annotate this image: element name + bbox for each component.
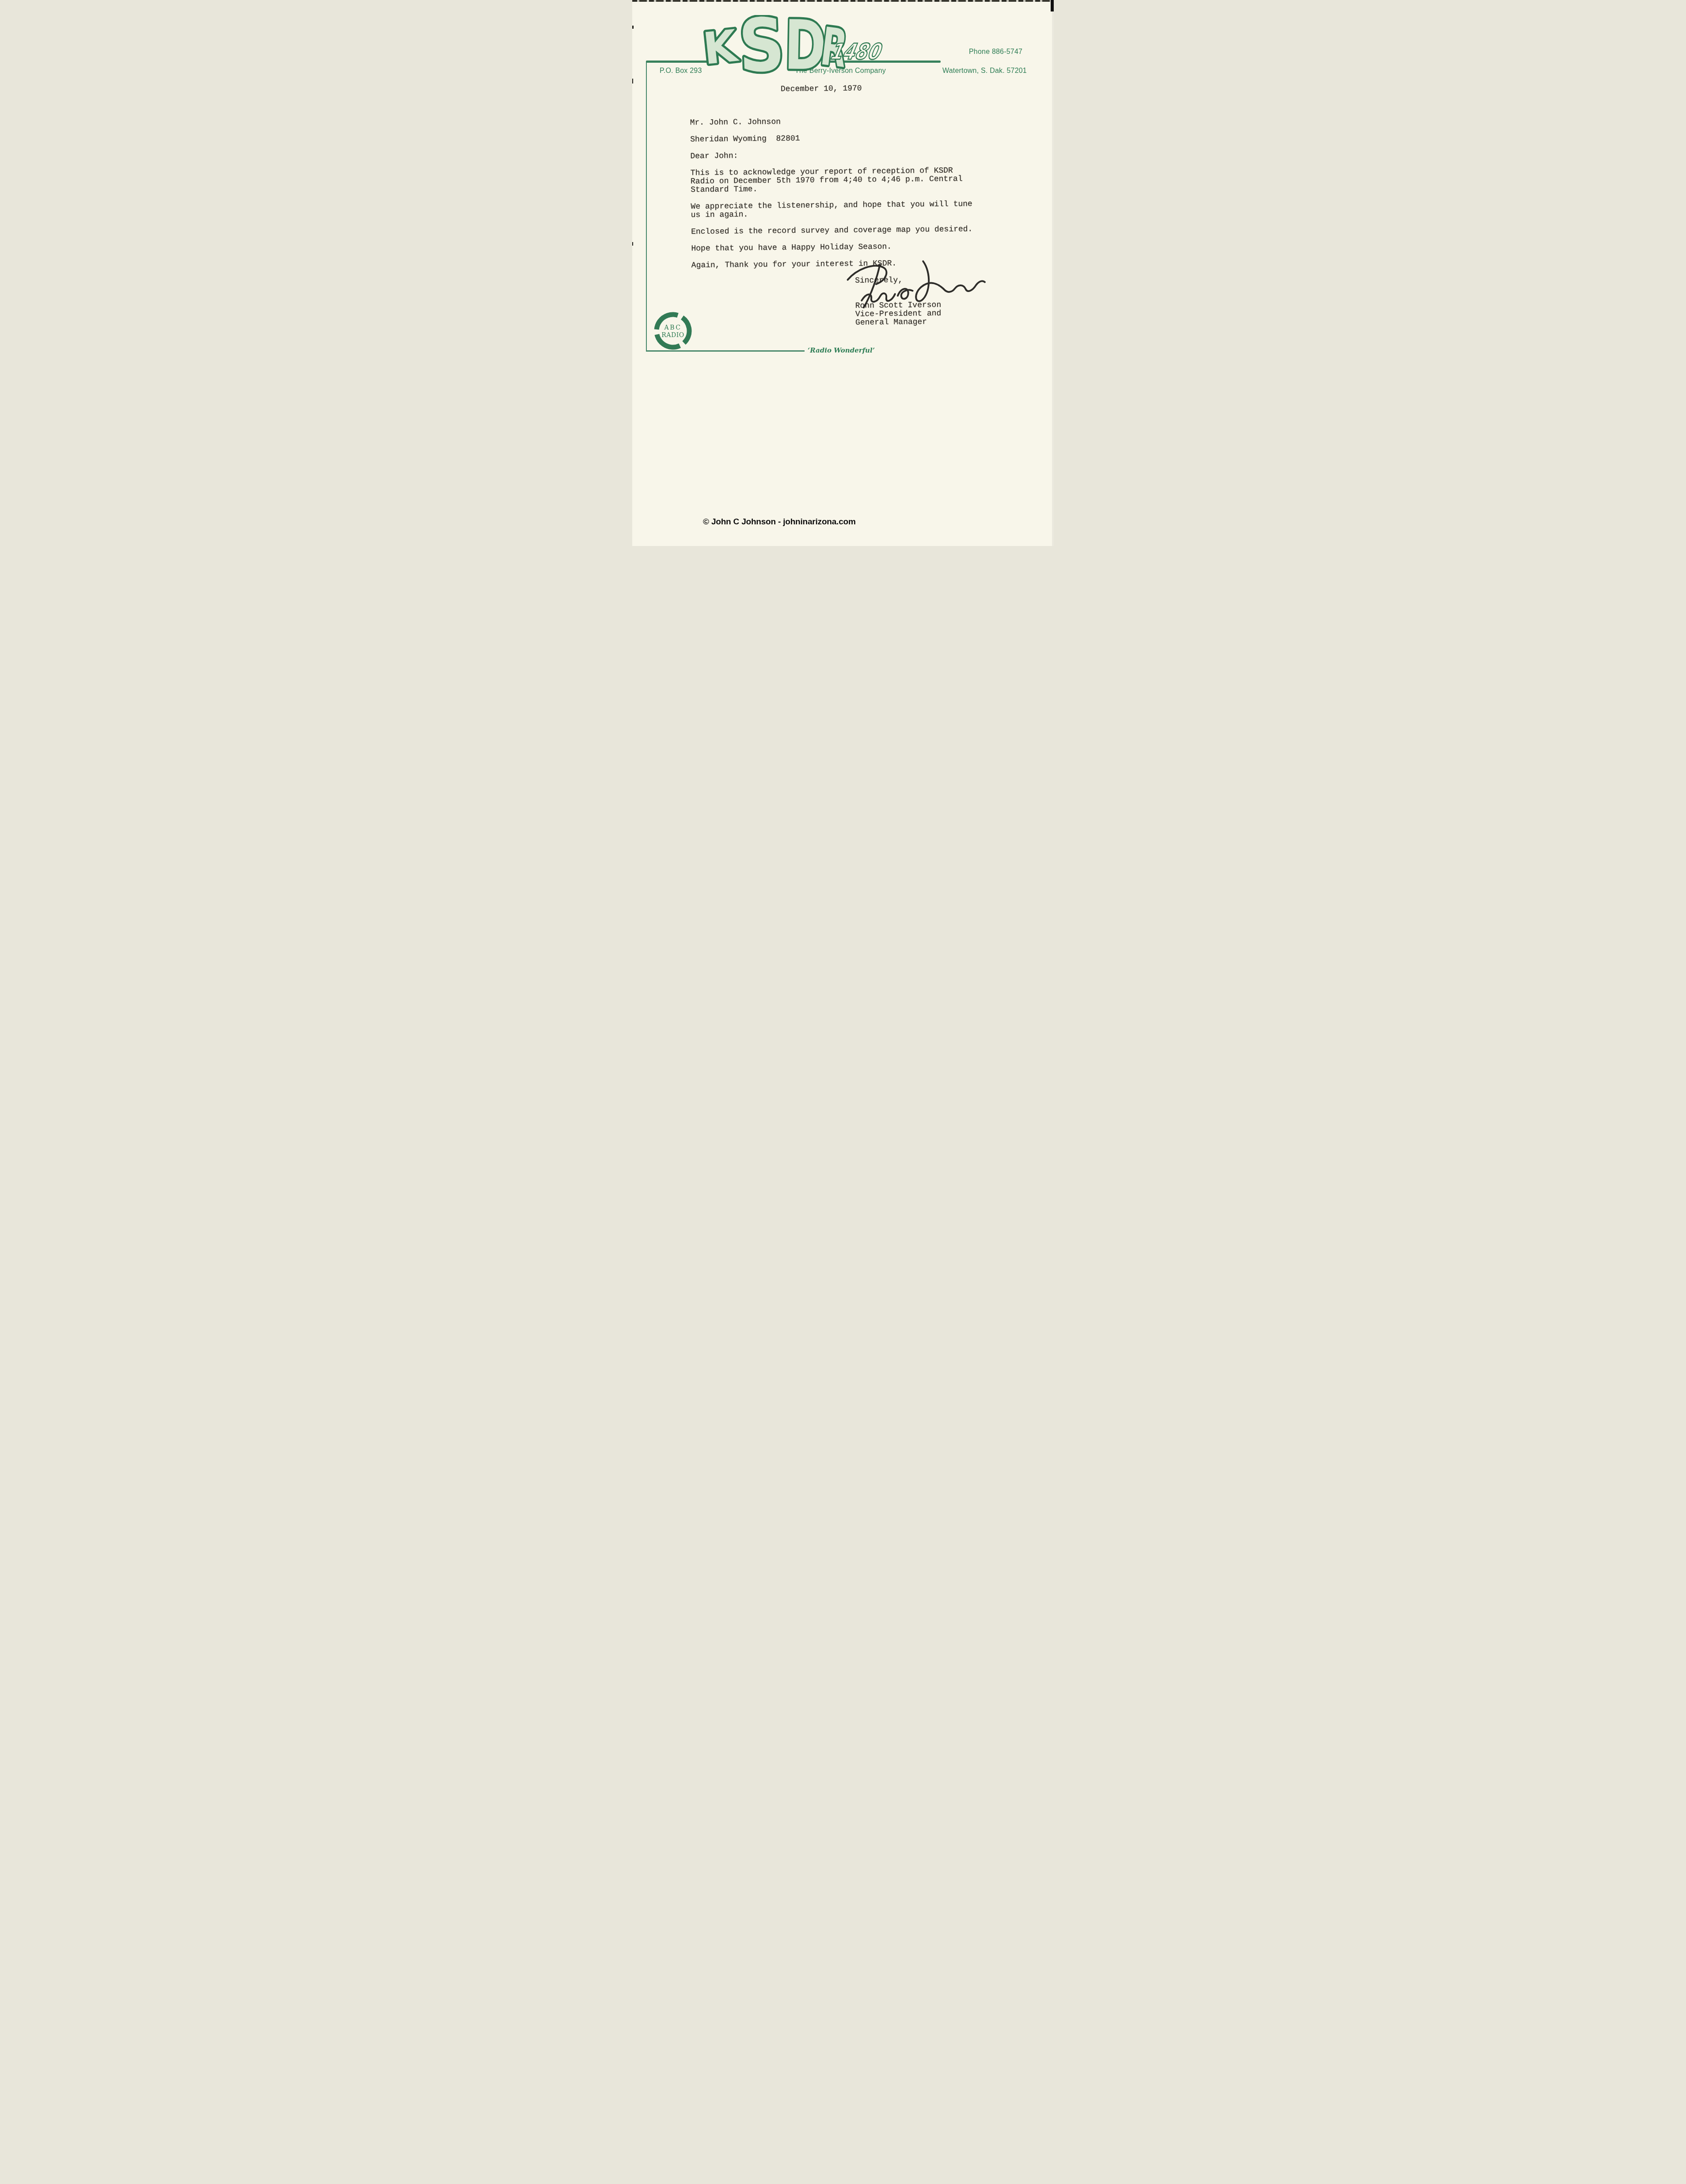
typewritten-content: December 10, 1970 Mr. John C. Johnson Sh… <box>632 0 1054 546</box>
paragraph: Hope that you have a Happy Holiday Seaso… <box>691 242 1000 254</box>
signer-title-2: General Manager <box>855 318 1001 327</box>
station-slogan: ‘Radio Wonderful’ <box>808 346 875 354</box>
paragraph: This is to acknowledge your report of re… <box>691 167 1000 195</box>
abc-logo-text-1: ABC <box>664 324 682 331</box>
copyright-watermark: © John C Johnson - johninarizona.com <box>703 517 856 527</box>
signature-icon <box>845 260 987 308</box>
logo-frequency: 1480 <box>829 39 885 64</box>
letter-date: December 10, 1970 <box>781 85 862 94</box>
paragraph: We appreciate the listenership, and hope… <box>691 200 1000 220</box>
scanned-letter-page: K S D R 1480 Phone 886-5747 P.O. Box 293… <box>632 0 1054 546</box>
recipient-name: Mr. John C. Johnson <box>690 116 999 128</box>
logo-letter-s: S <box>737 15 786 75</box>
ksdr-logo: K S D R 1480 <box>699 15 889 75</box>
abc-radio-logo-icon: ABC RADIO <box>653 311 692 350</box>
logo-letter-k: K <box>701 20 741 75</box>
abc-logo-text-2: RADIO <box>661 332 684 339</box>
salutation: Dear John: <box>690 150 999 161</box>
paragraph: Enclosed is the record survey and covera… <box>691 225 1000 237</box>
recipient-address: Sheridan Wyoming 82801 <box>690 133 999 144</box>
